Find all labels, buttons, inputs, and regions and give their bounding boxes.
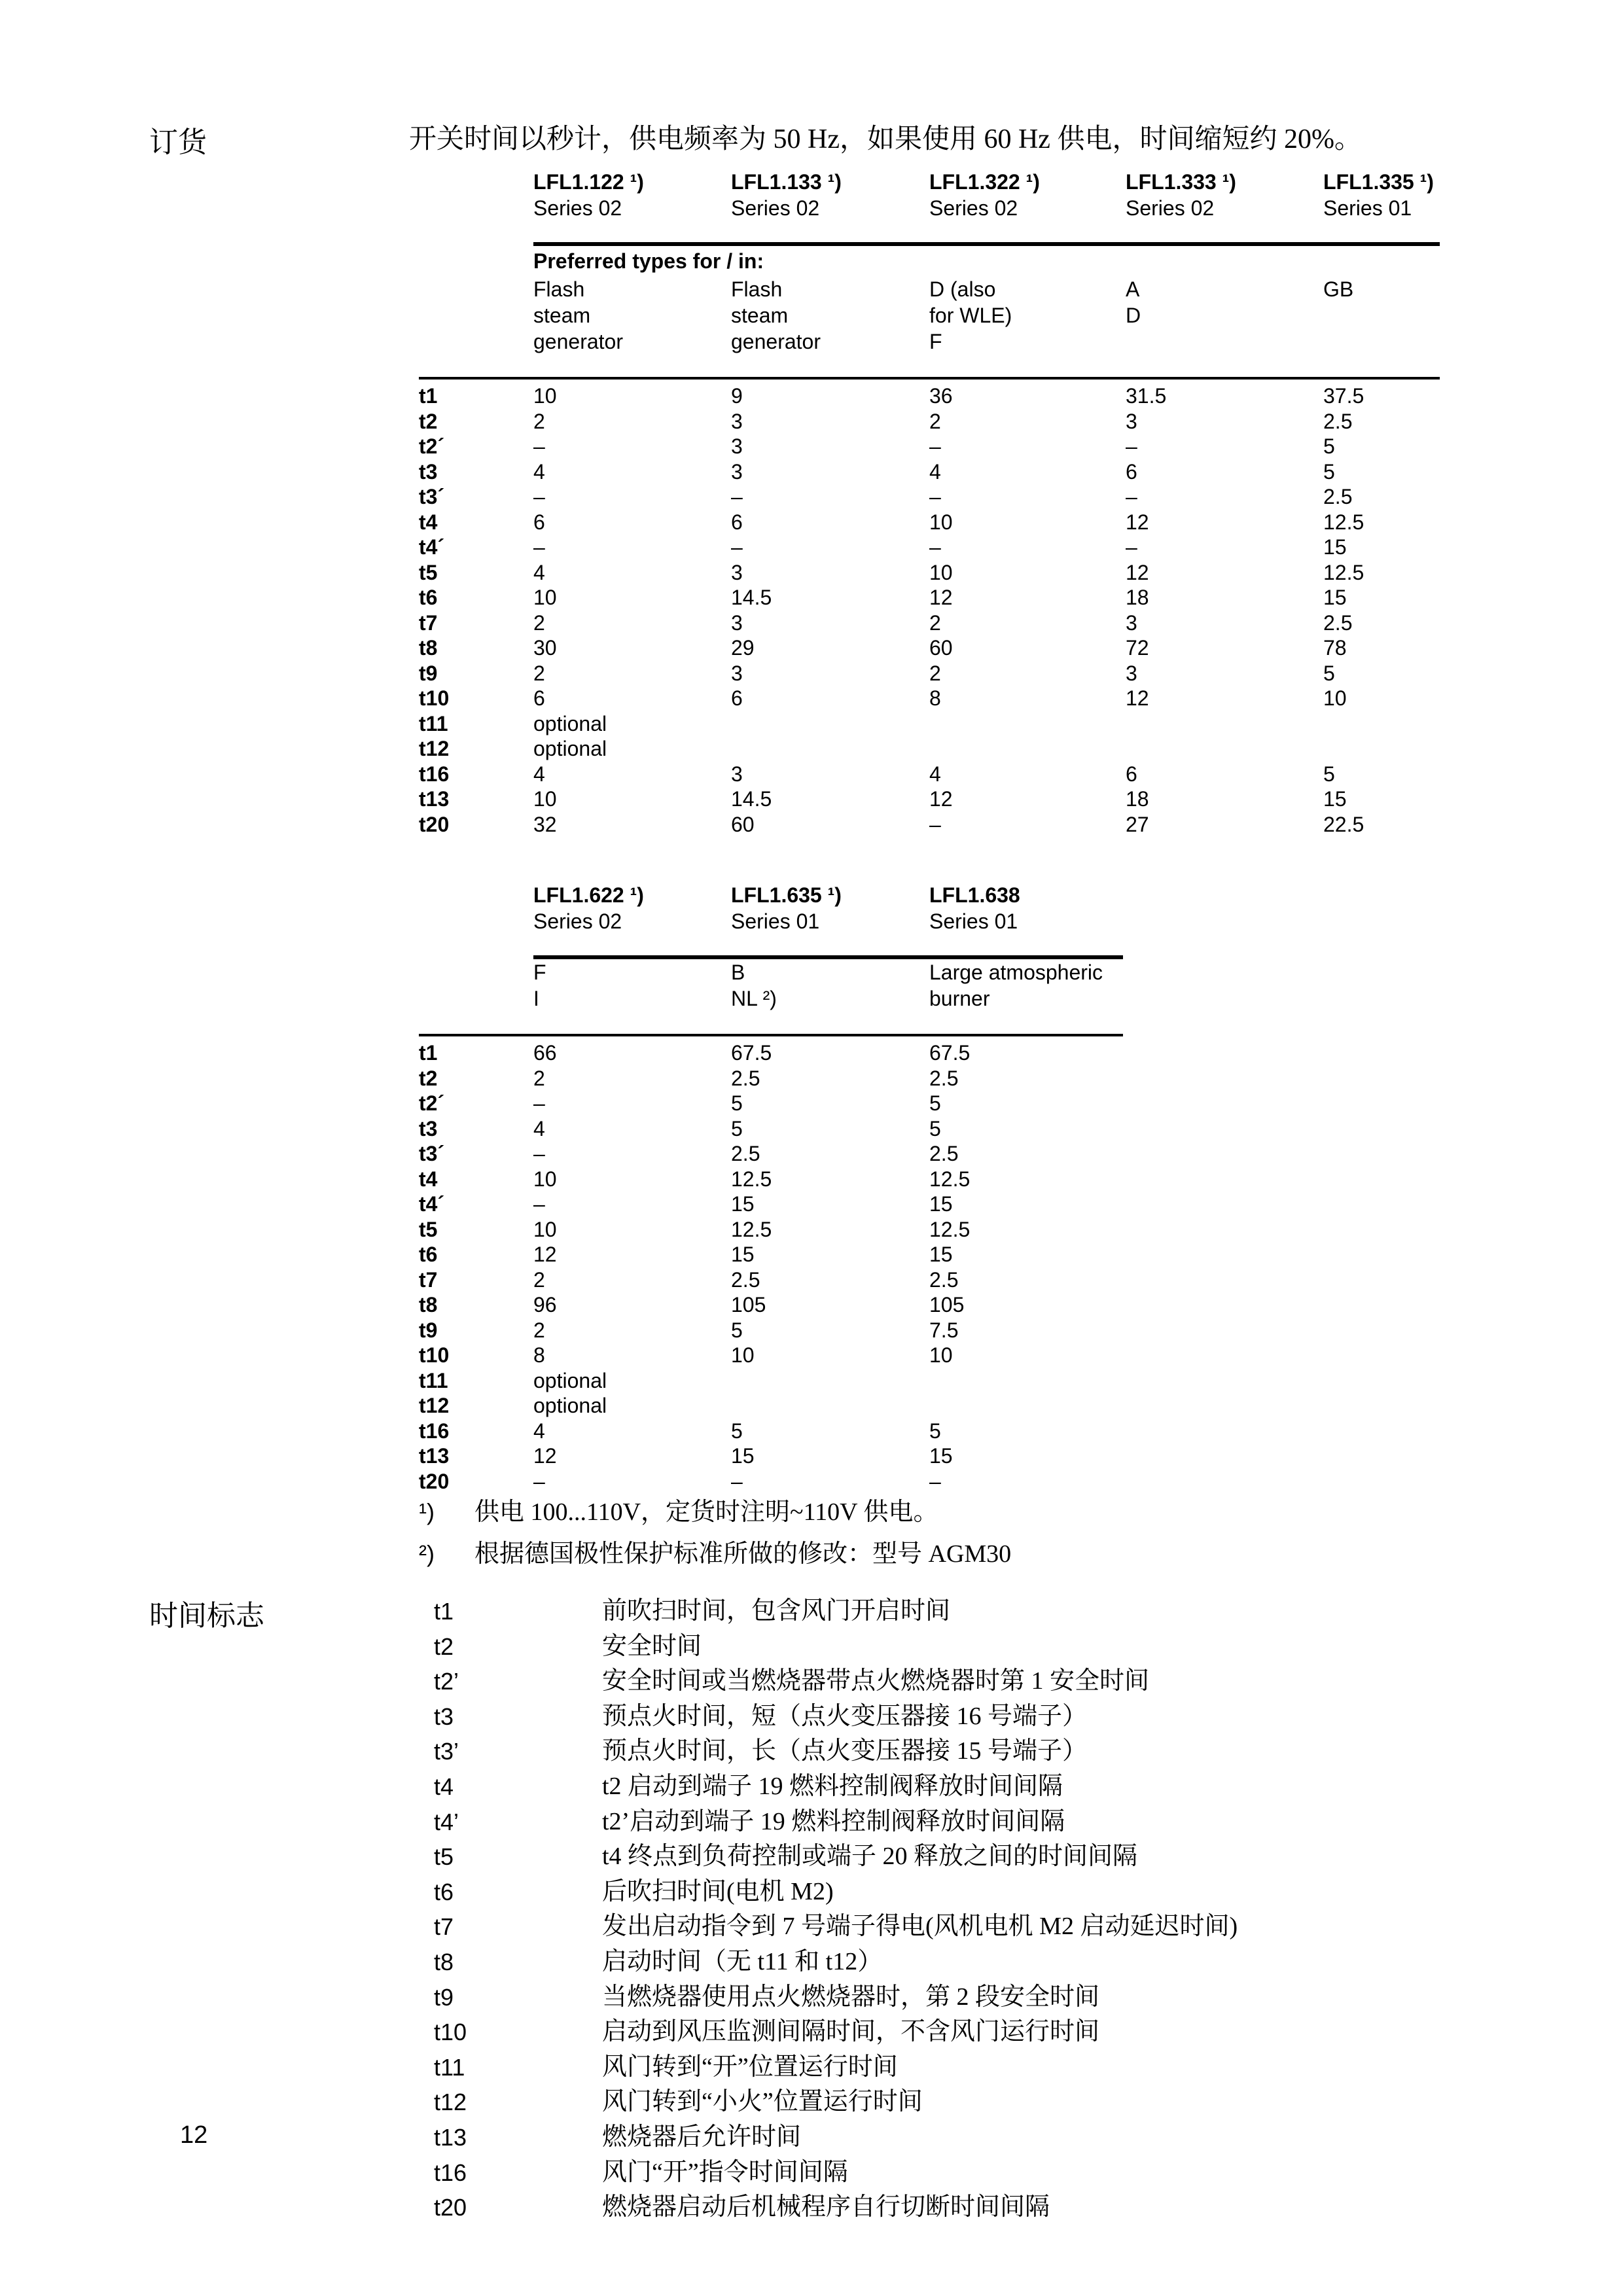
- timing-row-label: t11: [419, 1368, 533, 1394]
- timing-value: 5: [929, 1116, 1123, 1142]
- time-symbol-row: t4t2 启动到端子 19 燃料控制阀释放时间间隔: [434, 1769, 1514, 1805]
- time-symbol-row: t12风门转到“小火”位置运行时间: [434, 2085, 1514, 2120]
- timing-value: 4: [533, 459, 731, 485]
- timing-row-label: t5: [419, 560, 533, 586]
- timing-row-label: t8: [419, 635, 533, 661]
- timing-value: –: [929, 535, 1126, 560]
- table-row: t12optional: [419, 736, 1440, 762]
- footnote-text: 供电 100...110V，定货时注明~110V 供电。: [474, 1497, 1011, 1539]
- timing-value: 10: [533, 786, 731, 812]
- time-symbol-description: t2’启动到端子 19 燃料控制阀释放时间间隔: [602, 1805, 1514, 1840]
- preferred-types-label: Preferred types for / in:: [533, 246, 1440, 276]
- timing-value: –: [533, 1469, 731, 1494]
- timing-row-label: t9: [419, 1318, 533, 1343]
- timing-value: 66: [533, 1040, 731, 1066]
- time-symbol-description: t4 终点到负荷控制或端子 20 释放之间的时间间隔: [602, 1839, 1514, 1875]
- timing-table-lfl1-122-335: LFL1.122 ¹)LFL1.133 ¹)LFL1.322 ¹)LFL1.33…: [419, 169, 1440, 837]
- footnote-mark: ¹): [419, 1497, 474, 1539]
- timing-value: 29: [731, 635, 929, 661]
- intro-text: 开关时间以秒计，供电频率为 50 Hz，如果使用 60 Hz 供电，时间缩短约 …: [409, 122, 1362, 157]
- time-symbol-description: 安全时间或当燃烧器带点火燃烧器时第 1 安全时间: [602, 1664, 1514, 1699]
- series-row: Series 02Series 01Series 01: [419, 908, 1123, 934]
- timing-row-label: t11: [419, 711, 533, 737]
- timing-row-label: t5: [419, 1217, 533, 1243]
- timing-value: 10: [533, 383, 731, 409]
- preferred-type-line: steamsteamfor WLE)D: [419, 302, 1440, 328]
- timing-value: 10: [1323, 686, 1440, 711]
- timing-row-label: t13: [419, 786, 533, 812]
- time-symbol-row: t10启动到风压监测间隔时间，不含风门运行时间: [434, 2015, 1514, 2050]
- timing-row-label: t12: [419, 1393, 533, 1419]
- timing-value: 30: [533, 635, 731, 661]
- timing-value: 12.5: [731, 1167, 929, 1192]
- timing-value: 6: [1126, 762, 1323, 787]
- model-header-row: LFL1.122 ¹)LFL1.133 ¹)LFL1.322 ¹)LFL1.33…: [419, 169, 1440, 195]
- table-row: t4´–1515: [419, 1192, 1123, 1217]
- timing-value: 8: [533, 1343, 731, 1368]
- timing-value: 6: [533, 510, 731, 535]
- time-symbol-row: t2’安全时间或当燃烧器带点火燃烧器时第 1 安全时间: [434, 1664, 1514, 1699]
- timing-value: optional: [533, 711, 731, 737]
- timing-value: 32: [533, 812, 731, 838]
- timing-row-label: t12: [419, 736, 533, 762]
- table-row: t543101212.5: [419, 560, 1440, 586]
- timing-value: 12: [1126, 510, 1323, 535]
- time-symbol-description: 发出启动指令到 7 号端子得电(风机电机 M2 启动延迟时间): [602, 1909, 1514, 1945]
- timing-value: 14.5: [731, 786, 929, 812]
- time-symbol-label: t3: [434, 1699, 602, 1735]
- timing-row-label: t4´: [419, 535, 533, 560]
- timing-value: –: [731, 535, 929, 560]
- timing-row-label: t8: [419, 1292, 533, 1318]
- time-symbol-description: 预点火时间，长（点火变压器接 15 号端子）: [602, 1734, 1514, 1769]
- model-name: LFL1.133 ¹): [731, 169, 929, 195]
- timing-value: –: [929, 812, 1126, 838]
- timing-value: –: [1126, 434, 1323, 459]
- preferred-type-cell: A: [1126, 276, 1323, 302]
- timing-value: 3: [731, 610, 929, 636]
- time-symbol-description: 风门转到“小火”位置运行时间: [602, 2085, 1514, 2120]
- table-row: t896105105: [419, 1292, 1123, 1318]
- table-row: t11optional: [419, 1368, 1123, 1394]
- data-rule: [419, 377, 1440, 380]
- timing-value: 12: [929, 786, 1126, 812]
- series-label: Series 01: [1323, 195, 1440, 221]
- footnotes: ¹)供电 100...110V，定货时注明~110V 供电。²)根据德国极性保护…: [419, 1497, 1011, 1581]
- timing-value: 27: [1126, 812, 1323, 838]
- timing-value: 3: [1126, 409, 1323, 434]
- timing-row-label: t2´: [419, 434, 533, 459]
- model-name: LFL1.635 ¹): [731, 882, 929, 908]
- table-row: t106681210: [419, 686, 1440, 711]
- timing-value: –: [1126, 484, 1323, 510]
- time-symbol-label: t7: [434, 1909, 602, 1945]
- preferred-type-line: FlashFlashD (alsoAGB: [419, 276, 1440, 302]
- timing-value: 2.5: [929, 1267, 1123, 1293]
- timing-row-label: t9: [419, 661, 533, 686]
- timing-row-label: t10: [419, 686, 533, 711]
- model-name: LFL1.638: [929, 882, 1123, 908]
- timing-value: 15: [1323, 786, 1440, 812]
- timing-value: 4: [533, 1419, 731, 1444]
- timing-value: 10: [533, 1217, 731, 1243]
- time-symbol-label: t20: [434, 2190, 602, 2225]
- timing-value: 15: [1323, 585, 1440, 610]
- time-symbol-label: t4’: [434, 1805, 602, 1840]
- time-symbol-row: t5t4 终点到负荷控制或端子 20 释放之间的时间间隔: [434, 1839, 1514, 1875]
- timing-value: 12.5: [1323, 560, 1440, 586]
- time-symbol-label: t4: [434, 1769, 602, 1805]
- table-row: t11optional: [419, 711, 1440, 737]
- table-row: t723232.5: [419, 610, 1440, 636]
- time-symbol-description: 前吹扫时间，包含风门开启时间: [602, 1594, 1514, 1629]
- timing-value: 10: [929, 1343, 1123, 1368]
- time-symbol-row: t7发出启动指令到 7 号端子得电(风机电机 M2 启动延迟时间): [434, 1909, 1514, 1945]
- timing-value: 2.5: [929, 1141, 1123, 1167]
- table-row: t51012.512.5: [419, 1217, 1123, 1243]
- time-symbol-row: t4’t2’启动到端子 19 燃料控制阀释放时间间隔: [434, 1805, 1514, 1840]
- timing-value: 3: [1126, 610, 1323, 636]
- timing-value: [731, 1393, 929, 1419]
- time-symbol-label: t2’: [434, 1664, 602, 1699]
- section-label-time-symbols: 时间标志: [149, 1599, 264, 1633]
- timing-value: 3: [1126, 661, 1323, 686]
- datasheet-page: 订货 开关时间以秒计，供电频率为 50 Hz，如果使用 60 Hz 供电，时间缩…: [0, 0, 1623, 2296]
- timing-row-label: t20: [419, 1469, 533, 1494]
- timing-value: 36: [929, 383, 1126, 409]
- series-label: Series 02: [929, 195, 1126, 221]
- timing-value: –: [533, 434, 731, 459]
- timing-value: –: [1126, 535, 1323, 560]
- timing-value: 15: [929, 1443, 1123, 1469]
- timing-row-label: t16: [419, 762, 533, 787]
- timing-value: –: [533, 1091, 731, 1116]
- timing-value: 10: [533, 585, 731, 610]
- timing-value: 2: [533, 409, 731, 434]
- table-row: t6121515: [419, 1242, 1123, 1267]
- timing-row-label: t13: [419, 1443, 533, 1469]
- model-header-row: LFL1.622 ¹)LFL1.635 ¹)LFL1.638: [419, 882, 1123, 908]
- time-symbol-row: t6后吹扫时间(电机 M2): [434, 1875, 1514, 1910]
- timing-value: 105: [731, 1292, 929, 1318]
- timing-value: –: [533, 484, 731, 510]
- timing-value: 3: [731, 762, 929, 787]
- timing-value: 12: [533, 1242, 731, 1267]
- row-label-spacer: [419, 302, 533, 328]
- timing-row-label: t4: [419, 1167, 533, 1192]
- preferred-type-cell: B: [731, 959, 929, 985]
- table-row: t16667.567.5: [419, 1040, 1123, 1066]
- table-row: t61014.5121815: [419, 585, 1440, 610]
- timing-value: 12: [533, 1443, 731, 1469]
- preferred-type-cell: D (also: [929, 276, 1126, 302]
- table-row: t12optional: [419, 1393, 1123, 1419]
- timing-value: [731, 711, 929, 737]
- preferred-type-cell: [1323, 302, 1440, 328]
- preferred-type-cell: [1126, 328, 1323, 355]
- timing-value: 14.5: [731, 585, 929, 610]
- timing-row-label: t4´: [419, 1192, 533, 1217]
- timing-value: 15: [1323, 535, 1440, 560]
- table-row: t4´––––15: [419, 535, 1440, 560]
- timing-value: 10: [929, 510, 1126, 535]
- timing-value: 4: [533, 560, 731, 586]
- preferred-type-cell: F: [533, 959, 731, 985]
- table-row: t2´–3––5: [419, 434, 1440, 459]
- model-name: LFL1.622 ¹): [533, 882, 731, 908]
- model-name: LFL1.333 ¹): [1126, 169, 1323, 195]
- time-symbol-description: 启动到风压监测间隔时间，不含风门运行时间: [602, 2015, 1514, 2050]
- timing-row-label: t3: [419, 459, 533, 485]
- timing-value: 4: [929, 762, 1126, 787]
- timing-value: 12.5: [731, 1217, 929, 1243]
- timing-value: 15: [929, 1192, 1123, 1217]
- table-row: t20–––: [419, 1469, 1123, 1494]
- timing-value: 2.5: [1323, 409, 1440, 434]
- time-symbol-description: 燃烧器启动后机械程序自行切断时间间隔: [602, 2190, 1514, 2225]
- timing-value: –: [533, 1141, 731, 1167]
- timing-value: 5: [731, 1116, 929, 1142]
- timing-value: optional: [533, 1368, 731, 1394]
- timing-value: 12: [929, 585, 1126, 610]
- table-row: t3455: [419, 1116, 1123, 1142]
- timing-value: 5: [731, 1091, 929, 1116]
- timing-value: 6: [731, 510, 929, 535]
- table-row: t9257.5: [419, 1318, 1123, 1343]
- timing-value: 12: [1126, 686, 1323, 711]
- timing-row-label: t2: [419, 1066, 533, 1091]
- timing-value: [1126, 736, 1323, 762]
- timing-value: 105: [929, 1292, 1123, 1318]
- timing-row-label: t3´: [419, 484, 533, 510]
- timing-value: 3: [731, 560, 929, 586]
- timing-value: –: [929, 1469, 1123, 1494]
- timing-value: 3: [731, 661, 929, 686]
- timing-value: 15: [731, 1242, 929, 1267]
- timing-value: 4: [533, 762, 731, 787]
- timing-table-lfl1-622-638: LFL1.622 ¹)LFL1.635 ¹)LFL1.638Series 02S…: [419, 882, 1123, 1494]
- timing-value: 15: [731, 1192, 929, 1217]
- time-symbol-row: t20燃烧器启动后机械程序自行切断时间间隔: [434, 2190, 1514, 2225]
- model-name: LFL1.322 ¹): [929, 169, 1126, 195]
- footnote-row: ¹)供电 100...110V，定货时注明~110V 供电。: [419, 1497, 1011, 1539]
- preferred-types-row: Preferred types for / in:: [419, 246, 1440, 276]
- time-symbol-description: 后吹扫时间(电机 M2): [602, 1875, 1514, 1910]
- timing-value: 6: [533, 686, 731, 711]
- timing-row-label: t7: [419, 1267, 533, 1293]
- row-label-spacer: [419, 328, 533, 355]
- preferred-type-line: generatorgeneratorF: [419, 328, 1440, 355]
- timing-value: –: [533, 1192, 731, 1217]
- time-symbol-row: t11风门转到“开”位置运行时间: [434, 2050, 1514, 2085]
- series-label: Series 02: [533, 195, 731, 221]
- section-label-ordering: 订货: [149, 126, 207, 160]
- timing-value: 5: [731, 1318, 929, 1343]
- table-row: t3´–2.52.5: [419, 1141, 1123, 1167]
- model-name: LFL1.122 ¹): [533, 169, 731, 195]
- time-symbol-label: t2: [434, 1629, 602, 1665]
- series-label: Series 01: [731, 908, 929, 934]
- table-row: t222.52.5: [419, 1066, 1123, 1091]
- timing-row-label: t16: [419, 1419, 533, 1444]
- preferred-type-cell: for WLE): [929, 302, 1126, 328]
- timing-value: 15: [731, 1443, 929, 1469]
- timing-value: 2.5: [731, 1141, 929, 1167]
- timing-row-label: t1: [419, 383, 533, 409]
- timing-row-label: t6: [419, 585, 533, 610]
- timing-value: 18: [1126, 786, 1323, 812]
- timing-value: 78: [1323, 635, 1440, 661]
- row-label-spacer: [419, 882, 533, 908]
- timing-value: 2: [533, 610, 731, 636]
- time-symbol-label: t1: [434, 1594, 602, 1629]
- timing-value: 72: [1126, 635, 1323, 661]
- timing-value: [1323, 736, 1440, 762]
- footnote-row: ²)根据德国极性保护标准所做的修改：型号 AGM30: [419, 1539, 1011, 1581]
- time-symbol-label: t6: [434, 1875, 602, 1910]
- time-symbol-label: t9: [434, 1980, 602, 2015]
- time-symbol-description: 风门转到“开”位置运行时间: [602, 2050, 1514, 2085]
- preferred-type-cell: steam: [731, 302, 929, 328]
- table-row: t466101212.5: [419, 510, 1440, 535]
- timing-value: 15: [929, 1242, 1123, 1267]
- timing-value: 3: [731, 434, 929, 459]
- timing-value: 10: [929, 560, 1126, 586]
- time-symbols-list: t1前吹扫时间，包含风门开启时间t2安全时间t2’安全时间或当燃烧器带点火燃烧器…: [434, 1594, 1514, 2225]
- timing-value: –: [731, 1469, 929, 1494]
- time-symbol-description: 启动时间（无 t11 和 t12）: [602, 1945, 1514, 1980]
- table-row: t131014.5121815: [419, 786, 1440, 812]
- timing-value: –: [533, 535, 731, 560]
- preferred-type-cell: [1323, 328, 1440, 355]
- timing-row-label: t7: [419, 610, 533, 636]
- row-label-spacer: [419, 959, 533, 985]
- table-row: t41012.512.5: [419, 1167, 1123, 1192]
- timing-value: 67.5: [929, 1040, 1123, 1066]
- timing-value: optional: [533, 736, 731, 762]
- time-symbol-row: t3预点火时间，短（点火变压器接 16 号端子）: [434, 1699, 1514, 1735]
- time-symbol-description: 当燃烧器使用点火燃烧器时，第 2 段安全时间: [602, 1980, 1514, 2015]
- table-row: t11093631.537.5: [419, 383, 1440, 409]
- preferred-type-cell: steam: [533, 302, 731, 328]
- timing-value: 2: [533, 661, 731, 686]
- timing-value: 60: [731, 812, 929, 838]
- timing-value: 60: [929, 635, 1126, 661]
- timing-value: 5: [1323, 434, 1440, 459]
- time-symbol-label: t8: [434, 1945, 602, 1980]
- preferred-type-cell: Flash: [731, 276, 929, 302]
- row-label-spacer: [419, 908, 533, 934]
- series-label: Series 01: [929, 908, 1123, 934]
- timing-value: 6: [1126, 459, 1323, 485]
- preferred-type-line: INL ²)burner: [419, 985, 1123, 1012]
- timing-value: 4: [533, 1116, 731, 1142]
- time-symbol-row: t1前吹扫时间，包含风门开启时间: [434, 1594, 1514, 1629]
- timing-value: 8: [929, 686, 1126, 711]
- timing-value: 12: [1126, 560, 1323, 586]
- table-row: t223232.5: [419, 409, 1440, 434]
- timing-value: 2: [533, 1318, 731, 1343]
- timing-value: 3: [731, 459, 929, 485]
- table-row: t2´–55: [419, 1091, 1123, 1116]
- timing-value: [929, 711, 1126, 737]
- timing-value: 2.5: [1323, 610, 1440, 636]
- series-label: Series 02: [1126, 195, 1323, 221]
- table-row: t203260–2722.5: [419, 812, 1440, 838]
- timing-row-label: t20: [419, 812, 533, 838]
- timing-row-label: t2: [419, 409, 533, 434]
- preferred-type-cell: Flash: [533, 276, 731, 302]
- timing-value: –: [731, 484, 929, 510]
- row-label-spacer: [419, 276, 533, 302]
- preferred-type-cell: NL ²): [731, 985, 929, 1012]
- timing-value: 7.5: [929, 1318, 1123, 1343]
- timing-value: [731, 736, 929, 762]
- table-row: t343465: [419, 459, 1440, 485]
- timing-value: 5: [1323, 661, 1440, 686]
- timing-value: 67.5: [731, 1040, 929, 1066]
- time-symbol-row: t8启动时间（无 t11 和 t12）: [434, 1945, 1514, 1980]
- timing-value: 18: [1126, 585, 1323, 610]
- timing-value: 2: [533, 1066, 731, 1091]
- time-symbol-label: t5: [434, 1839, 602, 1875]
- model-name: LFL1.335 ¹): [1323, 169, 1440, 195]
- timing-row-label: t4: [419, 510, 533, 535]
- timing-value: 12.5: [1323, 510, 1440, 535]
- timing-value: [929, 1393, 1123, 1419]
- time-symbol-description: 预点火时间，短（点火变压器接 16 号端子）: [602, 1699, 1514, 1735]
- preferred-type-cell: burner: [929, 985, 1123, 1012]
- time-symbol-description: 安全时间: [602, 1629, 1514, 1665]
- timing-value: 96: [533, 1292, 731, 1318]
- timing-value: 5: [1323, 762, 1440, 787]
- preferred-type-cell: Large atmospheric: [929, 959, 1123, 985]
- row-label-spacer: [419, 985, 533, 1012]
- timing-value: 5: [1323, 459, 1440, 485]
- timing-value: [1126, 711, 1323, 737]
- timing-value: 2.5: [731, 1066, 929, 1091]
- timing-value: [929, 1368, 1123, 1394]
- timing-value: [731, 1368, 929, 1394]
- timing-row-label: t3: [419, 1116, 533, 1142]
- series-label: Series 02: [731, 195, 929, 221]
- preferred-type-cell: generator: [533, 328, 731, 355]
- timing-value: 2: [929, 409, 1126, 434]
- timing-value: 5: [929, 1091, 1123, 1116]
- time-symbol-row: t3’预点火时间，长（点火变压器接 15 号端子）: [434, 1734, 1514, 1769]
- timing-value: 31.5: [1126, 383, 1323, 409]
- timing-value: 9: [731, 383, 929, 409]
- time-symbol-label: t16: [434, 2155, 602, 2191]
- timing-value: 4: [929, 459, 1126, 485]
- preferred-type-cell: generator: [731, 328, 929, 355]
- preferred-type-cell: GB: [1323, 276, 1440, 302]
- time-symbol-label: t3’: [434, 1734, 602, 1769]
- timing-value: 2.5: [731, 1267, 929, 1293]
- row-label-spacer: [419, 195, 533, 221]
- table-row: t83029607278: [419, 635, 1440, 661]
- time-symbol-row: t16风门“开”指令时间间隔: [434, 2155, 1514, 2191]
- footnote-mark: ²): [419, 1539, 474, 1581]
- timing-value: –: [929, 434, 1126, 459]
- preferred-type-line: FBLarge atmospheric: [419, 959, 1123, 985]
- table-row: t3´––––2.5: [419, 484, 1440, 510]
- data-rule: [419, 1034, 1123, 1036]
- timing-value: 6: [731, 686, 929, 711]
- table-row: t923235: [419, 661, 1440, 686]
- series-row: Series 02Series 02Series 02Series 02Seri…: [419, 195, 1440, 221]
- time-symbol-row: t13燃烧器后允许时间: [434, 2120, 1514, 2155]
